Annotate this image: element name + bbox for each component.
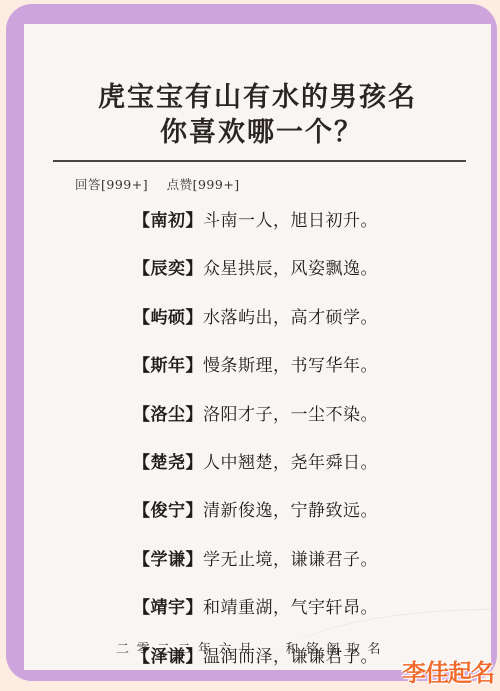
name-verse: 水落屿出，高才硕学。 xyxy=(203,308,378,328)
name-label: 【斯年】 xyxy=(133,356,203,376)
list-item: 【俊宁】清新俊逸，宁静致远。 xyxy=(133,496,378,544)
name-verse: 众星拱辰，风姿飘逸。 xyxy=(203,259,378,279)
list-item: 【屿硕】水落屿出，高才硕学。 xyxy=(133,303,378,351)
title-divider xyxy=(53,160,466,162)
answers-count: 回答[999+] xyxy=(75,177,148,192)
page-title: 虎宝宝有山有水的男孩名 你喜欢哪一个？ xyxy=(24,80,491,150)
name-label: 【靖宇】 xyxy=(133,598,203,618)
list-item: 【靖宇】和靖重湖，气宇轩昂。 xyxy=(133,593,378,641)
name-label: 【楚尧】 xyxy=(133,453,203,473)
poster-frame: 虎宝宝有山有水的男孩名 你喜欢哪一个？ 回答[999+] 点赞[999+] 【南… xyxy=(6,4,497,681)
name-verse: 学无止境，谦谦君子。 xyxy=(203,550,378,570)
name-verse: 人中翘楚，尧年舜日。 xyxy=(203,453,378,473)
list-item: 【南初】斗南一人，旭日初升。 xyxy=(133,206,378,254)
name-label: 【俊宁】 xyxy=(133,501,203,521)
footer-author: 和铭阁取名 xyxy=(286,642,389,657)
list-item: 【学谦】学无止境，谦谦君子。 xyxy=(133,545,378,593)
list-item: 【楚尧】人中翘楚，尧年舜日。 xyxy=(133,448,378,496)
poster-card: 虎宝宝有山有水的男孩名 你喜欢哪一个？ 回答[999+] 点赞[999+] 【南… xyxy=(24,24,491,670)
name-verse: 洛阳才子，一尘不染。 xyxy=(203,405,378,425)
name-label: 【学谦】 xyxy=(133,550,203,570)
list-item: 【斯年】慢条斯理，书写华年。 xyxy=(133,351,378,399)
name-verse: 清新俊逸，宁静致远。 xyxy=(203,501,378,521)
name-label: 【洛尘】 xyxy=(133,405,203,425)
footer-date: 二零二二年六月 xyxy=(116,642,260,657)
name-verse: 斗南一人，旭日初升。 xyxy=(203,211,378,231)
title-line-1: 虎宝宝有山有水的男孩名 xyxy=(98,82,417,113)
name-label: 【屿硕】 xyxy=(133,308,203,328)
name-verse: 和靖重湖，气宇轩昂。 xyxy=(203,598,378,618)
name-list: 【南初】斗南一人，旭日初升。 【辰奕】众星拱辰，风姿飘逸。 【屿硕】水落屿出，高… xyxy=(133,206,378,690)
name-label: 【南初】 xyxy=(133,211,203,231)
list-item: 【洛尘】洛阳才子，一尘不染。 xyxy=(133,400,378,448)
footer-signature: 二零二二年六月和铭阁取名 xyxy=(116,638,388,657)
name-verse: 慢条斯理，书写华年。 xyxy=(203,356,378,376)
title-line-2: 你喜欢哪一个？ xyxy=(24,115,491,150)
stats-bar: 回答[999+] 点赞[999+] xyxy=(75,175,240,193)
watermark-logo: 李佳起名 xyxy=(402,653,494,688)
list-item: 【辰奕】众星拱辰，风姿飘逸。 xyxy=(133,254,378,302)
name-label: 【辰奕】 xyxy=(133,259,203,279)
likes-count: 点赞[999+] xyxy=(167,177,240,192)
